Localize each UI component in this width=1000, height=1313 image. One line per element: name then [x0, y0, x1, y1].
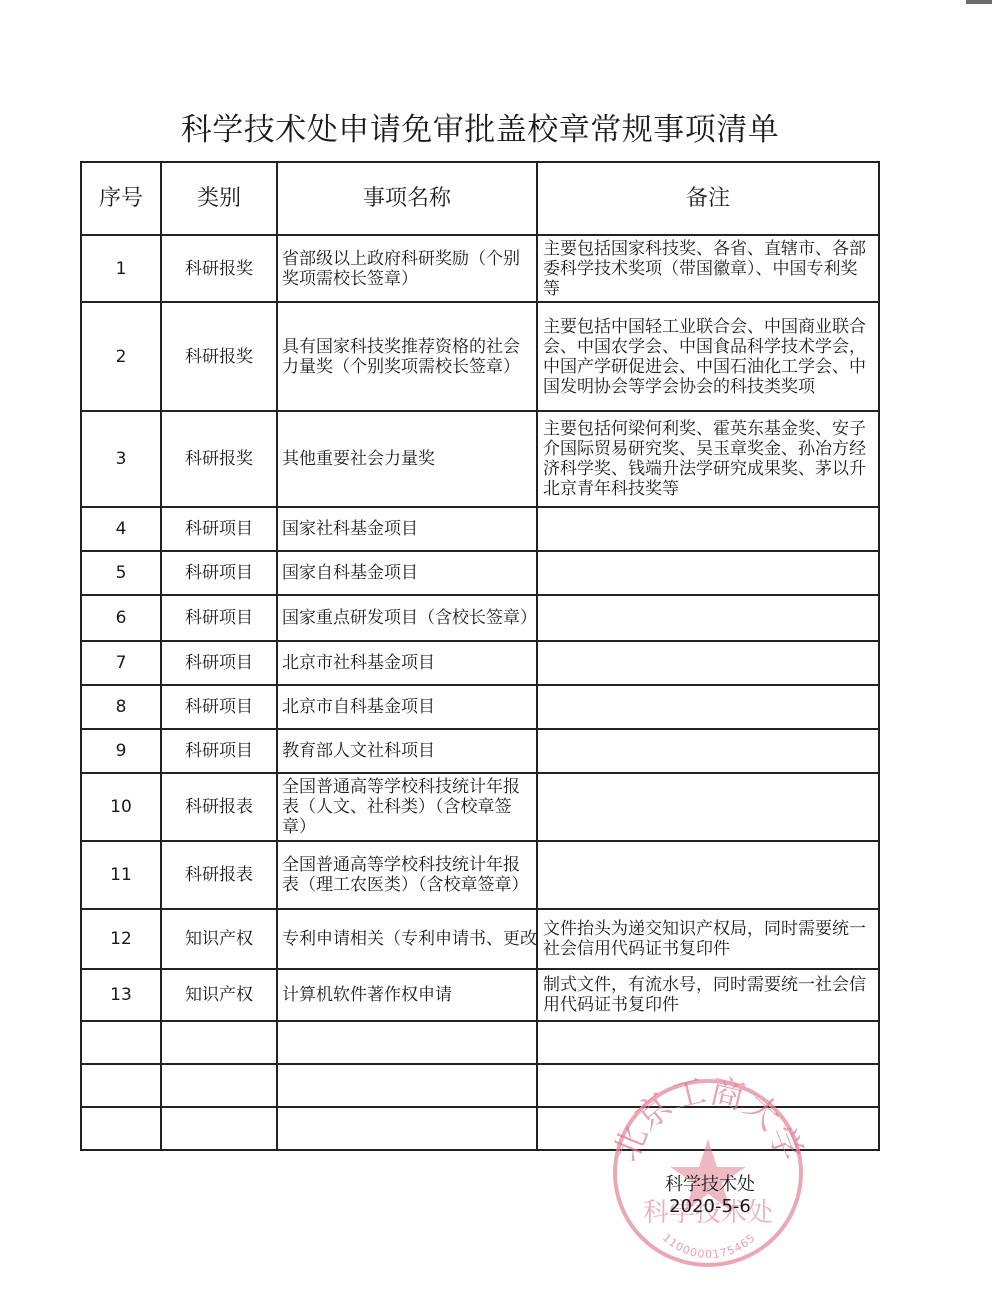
- blank-cell: [537, 1021, 879, 1064]
- row-category: 知识产权: [161, 969, 277, 1021]
- blank-row: [81, 1064, 879, 1107]
- row-remarks: [537, 507, 879, 551]
- items-table: 序号 类别 事项名称 备注 1 科研报奖 省部级以上政府科研奖励（个别奖项需校长…: [80, 161, 880, 1151]
- row-remarks: [537, 685, 879, 729]
- row-no: 1: [81, 235, 161, 302]
- table-row: 7 科研项目 北京市社科基金项目: [81, 641, 879, 685]
- row-remarks: [537, 551, 879, 595]
- row-no: 7: [81, 641, 161, 685]
- row-category: 科研项目: [161, 551, 277, 595]
- row-remarks: [537, 641, 879, 685]
- header-remarks: 备注: [537, 162, 879, 235]
- table-row: 8 科研项目 北京市自科基金项目: [81, 685, 879, 729]
- row-no: 11: [81, 841, 161, 909]
- table-row: 5 科研项目 国家自科基金项目: [81, 551, 879, 595]
- table-row: 9 科研项目 教育部人文社科项目: [81, 729, 879, 773]
- row-item-name: 具有国家科技奖推荐资格的社会力量奖（个别奖项需校长签章）: [277, 302, 537, 411]
- table-row: 1 科研报奖 省部级以上政府科研奖励（个别奖项需校长签章） 主要包括国家科技奖、…: [81, 235, 879, 302]
- row-no: 10: [81, 773, 161, 841]
- row-category: 科研项目: [161, 685, 277, 729]
- svg-text:1100000175465: 1100000175465: [660, 1231, 758, 1261]
- blank-cell: [161, 1021, 277, 1064]
- table-row: 12 知识产权 专利申请相关（专利申请书、更改 文件抬头为递交知识产权局，同时需…: [81, 909, 879, 969]
- row-remarks: 制式文件，有流水号，同时需要统一社会信用代码证书复印件: [537, 969, 879, 1021]
- blank-cell: [537, 1107, 879, 1150]
- blank-row: [81, 1107, 879, 1150]
- blank-cell: [277, 1107, 537, 1150]
- row-item-name: 专利申请相关（专利申请书、更改: [277, 909, 537, 969]
- row-category: 科研项目: [161, 507, 277, 551]
- row-category: 科研报奖: [161, 235, 277, 302]
- row-remarks: [537, 841, 879, 909]
- row-no: 8: [81, 685, 161, 729]
- blank-cell: [161, 1064, 277, 1107]
- row-category: 科研报表: [161, 773, 277, 841]
- row-item-name: 计算机软件著作权申请: [277, 969, 537, 1021]
- row-remarks: 主要包括中国轻工业联合会、中国商业联合会、中国农学会、中国食品科学技术学会，中国…: [537, 302, 879, 411]
- row-category: 科研项目: [161, 729, 277, 773]
- document-title: 科学技术处申请免审批盖校章常规事项清单: [0, 104, 960, 149]
- row-category: 科研项目: [161, 641, 277, 685]
- row-item-name: 教育部人文社科项目: [277, 729, 537, 773]
- blank-cell: [81, 1064, 161, 1107]
- table-row: 11 科研报表 全国普通高等学校科技统计年报表（理工农医类）（含校章签章）: [81, 841, 879, 909]
- row-item-name: 北京市自科基金项目: [277, 685, 537, 729]
- seal-serial: 1100000175465: [660, 1231, 758, 1261]
- row-no: 13: [81, 969, 161, 1021]
- row-no: 5: [81, 551, 161, 595]
- row-category: 科研报奖: [161, 411, 277, 507]
- table-row: 10 科研报表 全国普通高等学校科技统计年报表（人文、社科类）（含校章签章）: [81, 773, 879, 841]
- row-category: 科研报奖: [161, 302, 277, 411]
- table-row: 13 知识产权 计算机软件著作权申请 制式文件，有流水号，同时需要统一社会信用代…: [81, 969, 879, 1021]
- row-item-name: 全国普通高等学校科技统计年报表（理工农医类）（含校章签章）: [277, 841, 537, 909]
- table-row: 6 科研项目 国家重点研发项目（含校长签章）: [81, 595, 879, 641]
- row-no: 3: [81, 411, 161, 507]
- row-remarks: [537, 729, 879, 773]
- blank-cell: [81, 1107, 161, 1150]
- row-no: 2: [81, 302, 161, 411]
- table-row: 2 科研报奖 具有国家科技奖推荐资格的社会力量奖（个别奖项需校长签章） 主要包括…: [81, 302, 879, 411]
- blank-row: [81, 1021, 879, 1064]
- row-item-name: 国家社科基金项目: [277, 507, 537, 551]
- table-header-row: 序号 类别 事项名称 备注: [81, 162, 879, 235]
- row-item-name: 国家自科基金项目: [277, 551, 537, 595]
- table-row: 4 科研项目 国家社科基金项目: [81, 507, 879, 551]
- row-category: 知识产权: [161, 909, 277, 969]
- row-remarks: 主要包括何梁何利奖、霍英东基金奖、安子介国际贸易研究奖、吴玉章奖金、孙冶方经济科…: [537, 411, 879, 507]
- row-remarks: 主要包括国家科技奖、各省、直辖市、各部委科学技术奖项（带国徽章）、中国专利奖等: [537, 235, 879, 302]
- row-no: 12: [81, 909, 161, 969]
- header-no: 序号: [81, 162, 161, 235]
- blank-cell: [277, 1064, 537, 1107]
- row-item-name: 全国普通高等学校科技统计年报表（人文、社科类）（含校章签章）: [277, 773, 537, 841]
- row-no: 6: [81, 595, 161, 641]
- blank-cell: [537, 1064, 879, 1107]
- row-item-name: 其他重要社会力量奖: [277, 411, 537, 507]
- signature-block: 科学技术处 2020-5-6: [645, 1174, 775, 1218]
- row-item-name: 省部级以上政府科研奖励（个别奖项需校长签章）: [277, 235, 537, 302]
- header-item-name: 事项名称: [277, 162, 537, 235]
- scan-edge-mark: [966, 0, 992, 4]
- row-remarks: [537, 773, 879, 841]
- row-category: 科研报表: [161, 841, 277, 909]
- blank-cell: [277, 1021, 537, 1064]
- signature-department: 科学技术处: [645, 1174, 775, 1196]
- row-item-name: 国家重点研发项目（含校长签章）: [277, 595, 537, 641]
- table-row: 3 科研报奖 其他重要社会力量奖 主要包括何梁何利奖、霍英东基金奖、安子介国际贸…: [81, 411, 879, 507]
- blank-cell: [161, 1107, 277, 1150]
- blank-cell: [81, 1021, 161, 1064]
- row-remarks: 文件抬头为递交知识产权局，同时需要统一社会信用代码证书复印件: [537, 909, 879, 969]
- signature-date: 2020-5-6: [645, 1196, 775, 1218]
- header-category: 类别: [161, 162, 277, 235]
- row-category: 科研项目: [161, 595, 277, 641]
- row-no: 4: [81, 507, 161, 551]
- row-item-name: 北京市社科基金项目: [277, 641, 537, 685]
- row-remarks: [537, 595, 879, 641]
- row-no: 9: [81, 729, 161, 773]
